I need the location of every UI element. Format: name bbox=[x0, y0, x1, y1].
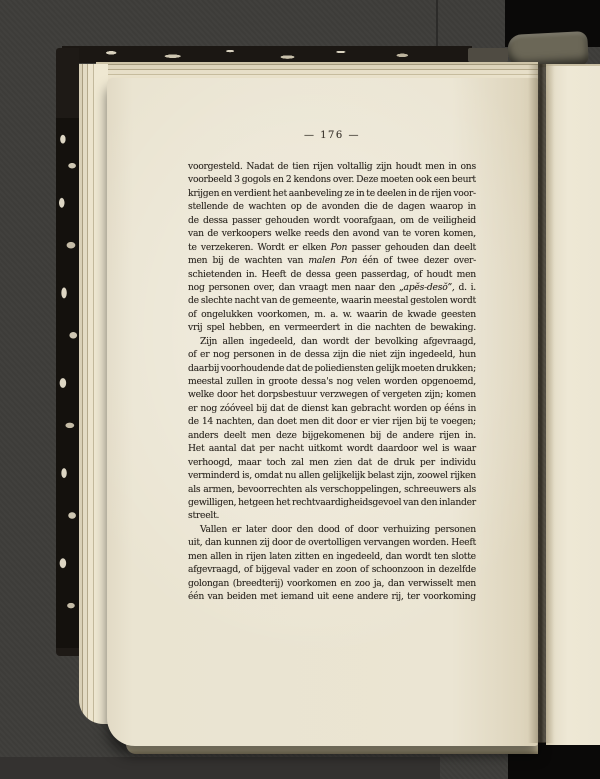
word: nachten bbox=[375, 322, 411, 333]
word: deze bbox=[276, 430, 297, 441]
word: reeds bbox=[304, 228, 329, 239]
word: de bbox=[233, 201, 244, 212]
facing-page bbox=[546, 64, 600, 745]
word: kwade bbox=[407, 309, 436, 320]
word: nog bbox=[337, 376, 354, 387]
text-line: alsarmen,bevoorrechtenalsverschoppelinge… bbox=[188, 484, 476, 497]
text-line: andersdeeltmendezebijgekomenenbijdeander… bbox=[188, 430, 476, 443]
word: de bbox=[188, 295, 199, 306]
word: verzwegen bbox=[320, 389, 368, 400]
word: (breedterij) bbox=[233, 578, 284, 589]
word: en bbox=[340, 578, 351, 589]
word: personen bbox=[208, 282, 249, 293]
word: de bbox=[418, 188, 429, 199]
word: dat bbox=[241, 443, 255, 454]
word: bevoorrechten bbox=[237, 484, 302, 495]
word: elken bbox=[302, 242, 326, 253]
word: schoonzoon bbox=[372, 564, 424, 575]
word: van bbox=[403, 497, 419, 508]
word: vermeerdert bbox=[284, 322, 340, 333]
word: ook bbox=[416, 174, 432, 185]
text-line: menbijdewachtenvanmalenPonéénoftweedezer… bbox=[188, 255, 476, 268]
word: toch bbox=[266, 457, 285, 468]
word: welke bbox=[188, 389, 214, 400]
word: op bbox=[291, 201, 302, 212]
word: bij bbox=[416, 416, 427, 427]
word: w. bbox=[343, 309, 352, 320]
word-italic: Pon bbox=[331, 242, 348, 253]
word: dan bbox=[388, 578, 405, 589]
word: anders bbox=[188, 430, 218, 441]
word: ze bbox=[344, 188, 354, 199]
word: te bbox=[402, 228, 411, 239]
word: zijn; bbox=[425, 389, 443, 400]
word: men bbox=[457, 578, 476, 589]
text-line: krijgenenverdienthetaanbevelingzeintedee… bbox=[188, 188, 476, 201]
word: krijgen bbox=[188, 188, 219, 199]
word: of bbox=[384, 255, 392, 266]
word: er bbox=[188, 403, 197, 414]
word: gebracht bbox=[351, 403, 391, 414]
word: vader bbox=[293, 564, 318, 575]
word: of bbox=[244, 564, 252, 575]
word: de bbox=[377, 457, 388, 468]
word: de bbox=[229, 255, 240, 266]
text-line: schietendenin.Heeftdedessageenpasserdag,… bbox=[188, 269, 476, 282]
word: geesten bbox=[441, 309, 476, 320]
word: te bbox=[366, 188, 375, 199]
word: rijen bbox=[439, 430, 459, 441]
word: per bbox=[259, 443, 274, 454]
word: welke bbox=[275, 228, 301, 239]
book-page: — 176 — voorgesteld.Nadatdetienrijenvolt… bbox=[107, 78, 538, 746]
word: verwisselt bbox=[408, 578, 453, 589]
word: over, bbox=[254, 282, 275, 293]
text-line: vrijspelhebben,envermeerdertindienachten… bbox=[188, 322, 476, 335]
word: wordt bbox=[347, 443, 373, 454]
word: of bbox=[345, 524, 353, 535]
word: wordt bbox=[313, 215, 339, 226]
word: dat bbox=[358, 457, 372, 468]
word: met bbox=[260, 591, 277, 602]
word: opgenoemd, bbox=[421, 376, 476, 387]
text-line: daarbijvoorhoudendedatdepoliedienstengel… bbox=[188, 363, 476, 376]
word: maar bbox=[238, 457, 261, 468]
word: van bbox=[383, 228, 399, 239]
word: ongelukken bbox=[201, 309, 253, 320]
word: is, bbox=[242, 470, 252, 481]
word: dan bbox=[433, 242, 450, 253]
word: allen bbox=[223, 336, 244, 347]
text-line: voorbeeld3gogolsen2kendonsover.Dezemoete… bbox=[188, 174, 476, 187]
word: zijn bbox=[376, 161, 392, 172]
word: individu bbox=[440, 457, 476, 468]
word: Heeft bbox=[451, 537, 476, 548]
word: in bbox=[408, 188, 416, 199]
word: zóóveel bbox=[220, 403, 253, 414]
text-line: éénvanbeidenmetiemanduiteeneandererij,te… bbox=[188, 591, 476, 604]
word: hun bbox=[459, 349, 476, 360]
word: zijn, bbox=[397, 470, 415, 481]
word: er bbox=[232, 524, 241, 535]
text-line: ofernogpersonenindedessazijndienietzijni… bbox=[188, 349, 476, 362]
word: personen bbox=[233, 349, 274, 360]
word: bijgeval bbox=[256, 564, 291, 575]
word: de bbox=[207, 228, 218, 239]
word: het bbox=[240, 389, 254, 400]
word: de bbox=[188, 215, 199, 226]
word: in bbox=[235, 551, 243, 562]
word: ter bbox=[407, 591, 420, 602]
word: in bbox=[468, 201, 476, 212]
text-line: welkedoorhetdorpsbestuurverzwegenofverge… bbox=[188, 389, 476, 402]
word: om bbox=[400, 215, 414, 226]
word: uit bbox=[317, 591, 329, 602]
word: a. bbox=[330, 309, 338, 320]
word: wordt bbox=[405, 551, 431, 562]
word: dit bbox=[322, 416, 334, 427]
word: rijen bbox=[313, 161, 333, 172]
word: omdat bbox=[254, 470, 282, 481]
word: kunnen bbox=[224, 537, 257, 548]
word: per bbox=[420, 457, 435, 468]
word: druk bbox=[394, 457, 415, 468]
text-line: uit,dankunnenzijdoordeovertolligenvervan… bbox=[188, 537, 476, 550]
word: verhuizing bbox=[383, 524, 430, 535]
word: schreeuwers bbox=[404, 484, 461, 495]
word: gestolen bbox=[410, 295, 448, 306]
word: vier bbox=[372, 416, 389, 427]
word: één bbox=[362, 255, 378, 266]
word: daarbij bbox=[188, 363, 219, 374]
word: voorkomen bbox=[287, 578, 337, 589]
word: nacht bbox=[279, 443, 304, 454]
word: zijn bbox=[333, 349, 349, 360]
text-line: Vallenerlaterdoordendoodofdoorverhuizing… bbox=[188, 524, 476, 537]
word: door bbox=[271, 524, 291, 535]
word: de bbox=[386, 430, 397, 441]
word: er bbox=[360, 416, 369, 427]
word-italic: Pon bbox=[341, 255, 358, 266]
word: uitkomt bbox=[308, 443, 342, 454]
word: gogols bbox=[242, 174, 271, 185]
word: de bbox=[278, 161, 289, 172]
text-line: menalleninrijenlatenzitteneningedeeld,da… bbox=[188, 551, 476, 564]
word: men bbox=[457, 269, 476, 280]
text-line: golongan(breedterij)voorkomenenzooja,dan… bbox=[188, 578, 476, 591]
word: te bbox=[430, 416, 439, 427]
book-cover-left-edge bbox=[56, 48, 79, 656]
word: het bbox=[276, 497, 290, 508]
text-line: verminderdis,omdatnuallengelijkelijkbela… bbox=[188, 470, 476, 483]
word: houdt bbox=[396, 161, 422, 172]
word: passer bbox=[351, 242, 380, 253]
word: armen, bbox=[203, 484, 234, 495]
word: worden bbox=[394, 403, 428, 414]
word: in bbox=[356, 188, 364, 199]
word: de bbox=[418, 215, 429, 226]
word: verschoppelingen, bbox=[320, 484, 401, 495]
word: dan bbox=[257, 416, 274, 427]
word: door bbox=[217, 389, 237, 400]
word: bij bbox=[256, 403, 267, 414]
word: voegen; bbox=[441, 416, 476, 427]
word: ingedeeld, bbox=[249, 336, 295, 347]
word: of bbox=[360, 564, 368, 575]
word: den bbox=[379, 282, 396, 293]
word: zijn bbox=[390, 349, 406, 360]
word: of bbox=[371, 389, 379, 400]
word: als bbox=[188, 484, 200, 495]
word: rechtvaardigheidsgevoel bbox=[292, 497, 401, 508]
word: slechte bbox=[201, 295, 233, 306]
word: de bbox=[415, 322, 426, 333]
word: de bbox=[291, 269, 302, 280]
word: voorbeeld bbox=[188, 174, 232, 185]
word: men bbox=[188, 551, 207, 562]
word: bewaking. bbox=[430, 322, 476, 333]
word: men bbox=[300, 416, 319, 427]
word: verhoogd, bbox=[188, 457, 232, 468]
word: in. bbox=[246, 269, 257, 280]
word: dienst bbox=[301, 403, 328, 414]
text-line: ofongelukkenvoorkomen,m.a.w.waarindekwad… bbox=[188, 309, 476, 322]
word: gehouden bbox=[385, 242, 429, 253]
word: dan bbox=[385, 551, 402, 562]
word: men bbox=[331, 282, 350, 293]
word: de bbox=[306, 201, 317, 212]
word: waar bbox=[454, 443, 476, 454]
word: de bbox=[382, 201, 393, 212]
word: worden bbox=[384, 376, 418, 387]
word: personen bbox=[435, 524, 476, 535]
word: zullen bbox=[226, 376, 253, 387]
word: voorafgaan, bbox=[344, 215, 396, 226]
word: nacht bbox=[234, 295, 259, 306]
word: geen bbox=[335, 269, 357, 280]
word: over. bbox=[333, 174, 354, 185]
word: als bbox=[305, 484, 317, 495]
word: nu bbox=[285, 470, 296, 481]
page-stack-left-edges bbox=[79, 64, 108, 724]
word: dorpsbestuur bbox=[258, 389, 317, 400]
word: uit, bbox=[188, 537, 202, 548]
word: nog bbox=[200, 403, 217, 414]
word: dessa's bbox=[301, 376, 333, 387]
word: verkoopers bbox=[222, 228, 272, 239]
word: is bbox=[442, 443, 449, 454]
word: zoo bbox=[355, 578, 370, 589]
word: wordt bbox=[323, 336, 349, 347]
book-cover-worn-corner bbox=[468, 48, 508, 62]
word: 3 bbox=[234, 174, 240, 185]
word: voltallig bbox=[337, 161, 372, 172]
word: rijen bbox=[431, 188, 451, 199]
text-line: stellendedewachtenopdeavondendiededagenw… bbox=[188, 201, 476, 214]
word: van bbox=[287, 255, 303, 266]
word: wordt bbox=[450, 295, 476, 306]
word: dessa bbox=[304, 349, 329, 360]
word: zij bbox=[260, 537, 270, 548]
word: Nadat bbox=[246, 161, 273, 172]
word: vraagt bbox=[299, 282, 328, 293]
word: de bbox=[302, 363, 313, 374]
word: in bbox=[344, 322, 352, 333]
word: avond bbox=[353, 228, 380, 239]
word: de bbox=[188, 416, 199, 427]
word: van bbox=[207, 591, 223, 602]
word: zoon bbox=[336, 564, 357, 575]
background-seam-band bbox=[0, 757, 440, 779]
word: i. bbox=[471, 282, 476, 293]
word: laten bbox=[269, 551, 291, 562]
word: hetgeen bbox=[238, 497, 274, 508]
word: dagen bbox=[398, 201, 425, 212]
word: die bbox=[357, 322, 371, 333]
word: in bbox=[448, 161, 456, 172]
word: Heeft bbox=[261, 269, 286, 280]
word: streelt. bbox=[188, 510, 219, 521]
word: komen, bbox=[443, 228, 476, 239]
word-italic: malen bbox=[308, 255, 335, 266]
word: ingedeeld, bbox=[409, 349, 455, 360]
word: afgevraagd, bbox=[423, 336, 476, 347]
word: den bbox=[421, 497, 438, 508]
word: door bbox=[358, 524, 378, 535]
word: en bbox=[323, 551, 334, 562]
word: schietenden bbox=[188, 269, 242, 280]
word: in. bbox=[465, 430, 476, 441]
word: dan bbox=[279, 282, 296, 293]
word: Zijn bbox=[200, 336, 217, 347]
word: belast bbox=[368, 470, 395, 481]
word: voorkomen, bbox=[257, 309, 309, 320]
word: er bbox=[289, 242, 298, 253]
text-line: afgevraagd,ofbijgevalvaderenzoonofschoon… bbox=[188, 564, 476, 577]
word: nog bbox=[188, 282, 205, 293]
word: deelt bbox=[454, 242, 476, 253]
word: veiligheid bbox=[433, 215, 476, 226]
text-line: ernogzóóveelbijdatdedienstkangebrachtwor… bbox=[188, 403, 476, 416]
scanned-book-photo: — 176 — voorgesteld.Nadatdetienrijenvolt… bbox=[0, 0, 600, 779]
word: de bbox=[392, 309, 403, 320]
word: dezelfde bbox=[439, 564, 476, 575]
word: later bbox=[246, 524, 267, 535]
word: en bbox=[322, 564, 333, 575]
word: twee bbox=[397, 255, 418, 266]
word: passerdag, bbox=[361, 269, 409, 280]
word: 2 bbox=[286, 174, 292, 185]
word: dessa bbox=[306, 269, 331, 280]
word: ééns bbox=[444, 403, 465, 414]
word: zien bbox=[334, 457, 352, 468]
word: Het bbox=[188, 443, 204, 454]
word: rijen bbox=[246, 551, 266, 562]
word: als bbox=[464, 484, 476, 495]
word: hebben, bbox=[229, 322, 265, 333]
word: aanbeveling bbox=[289, 188, 343, 199]
word: over- bbox=[454, 255, 476, 266]
word: vervangen bbox=[363, 537, 410, 548]
word: van bbox=[261, 295, 277, 306]
word: verdient bbox=[234, 188, 271, 199]
word: houdt bbox=[427, 269, 453, 280]
word: kan bbox=[331, 403, 347, 414]
word: deelt bbox=[224, 430, 246, 441]
text-line: nogpersonenover,danvraagtmennaarden„apĕs… bbox=[188, 282, 476, 295]
word: niet bbox=[369, 349, 386, 360]
word: m. bbox=[314, 309, 325, 320]
word: velen bbox=[357, 376, 381, 387]
word: naar bbox=[355, 282, 375, 293]
word: het bbox=[273, 188, 287, 199]
word: verzekeren. bbox=[201, 242, 253, 253]
text-line: vandeverkooperswelkereedsdenavondvantevo… bbox=[188, 228, 476, 241]
word: in bbox=[278, 349, 286, 360]
word: waarin bbox=[341, 295, 372, 306]
word: rij, bbox=[391, 591, 403, 602]
word: ingedeeld, bbox=[336, 551, 382, 562]
word: de bbox=[290, 349, 301, 360]
word: vrij bbox=[188, 322, 202, 333]
word: of bbox=[188, 309, 196, 320]
word: meestal bbox=[373, 295, 408, 306]
text-line: teverzekeren.WordterelkenPonpassergehoud… bbox=[188, 242, 476, 255]
word: groote bbox=[269, 376, 298, 387]
word: spel bbox=[207, 322, 225, 333]
word: gelijkelijk bbox=[322, 470, 365, 481]
word: dat bbox=[286, 363, 300, 374]
word: men bbox=[188, 255, 207, 266]
word: vergeten bbox=[382, 389, 421, 400]
word: tien bbox=[292, 161, 309, 172]
word: te bbox=[188, 242, 197, 253]
word: of bbox=[414, 269, 422, 280]
word: den bbox=[297, 524, 314, 535]
word: één bbox=[188, 591, 204, 602]
word: bij bbox=[370, 430, 381, 441]
text-line: dedessapassergehoudenwordtvoorafgaan,omd… bbox=[188, 215, 476, 228]
word: drukken; bbox=[436, 363, 476, 374]
word: der bbox=[354, 336, 369, 347]
word: voren bbox=[415, 228, 440, 239]
word: of bbox=[188, 349, 196, 360]
word: daardoor bbox=[377, 443, 418, 454]
word: moeten bbox=[380, 174, 413, 185]
word: de bbox=[279, 295, 290, 306]
background-seam bbox=[436, 0, 438, 47]
word: in bbox=[468, 403, 476, 414]
word: rijken bbox=[450, 470, 476, 481]
word: voorkoming bbox=[423, 591, 476, 602]
gutter-shadow bbox=[528, 64, 554, 743]
word: andere bbox=[403, 430, 434, 441]
text-line: streelt. bbox=[188, 510, 476, 523]
word: den bbox=[333, 228, 350, 239]
word: ons bbox=[461, 161, 476, 172]
word: Wordt bbox=[257, 242, 284, 253]
word: gewilligen, bbox=[188, 497, 236, 508]
word: ten bbox=[434, 551, 448, 562]
word: beurt bbox=[452, 174, 476, 185]
word: door bbox=[337, 416, 357, 427]
word: wel bbox=[422, 443, 438, 454]
word: voorgesteld. bbox=[188, 161, 243, 172]
text-line: deslechtenachtvandegemeente,waarinmeesta… bbox=[188, 295, 476, 308]
word: bij bbox=[212, 255, 223, 266]
word: afgevraagd, bbox=[188, 564, 241, 575]
word: moeten bbox=[401, 363, 434, 374]
